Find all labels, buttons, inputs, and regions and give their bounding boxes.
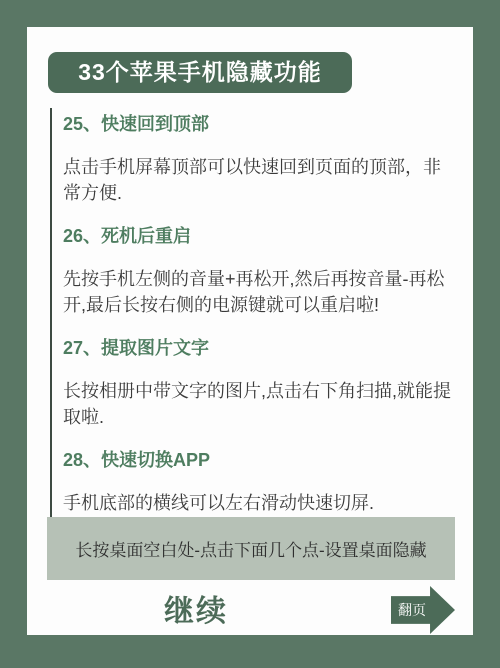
- tip-body-27: 长按相册中带文字的图片,点击右下角扫描,就能提取啦.: [63, 378, 456, 430]
- page-title: 33个苹果手机隐藏功能: [48, 52, 352, 93]
- tip-heading-27: 27、提取图片文字: [63, 336, 456, 360]
- page-turn-label: 翻页: [393, 600, 431, 620]
- tip-body-28: 手机底部的横线可以左右滑动快速切屏.: [63, 490, 456, 516]
- tip-heading-26: 26、死机后重启: [63, 224, 456, 248]
- tip-body-25: 点击手机屏幕顶部可以快速回到页面的顶部，非常方便.: [63, 154, 456, 206]
- tips-list: 25、快速回到顶部 点击手机屏幕顶部可以快速回到页面的顶部，非常方便. 26、死…: [50, 108, 456, 534]
- tip-heading-25: 25、快速回到顶部: [63, 112, 456, 136]
- tip-body-26: 先按手机左侧的音量+再松开,然后再按音量-再松开,最后长按右侧的电源键就可以重启…: [63, 266, 456, 318]
- continue-label: 继续: [136, 586, 256, 630]
- tip-heading-28: 28、快速切换APP: [63, 448, 456, 472]
- footer-tip-banner: 长按桌面空白处-点击下面几个点-设置桌面隐藏: [47, 517, 455, 580]
